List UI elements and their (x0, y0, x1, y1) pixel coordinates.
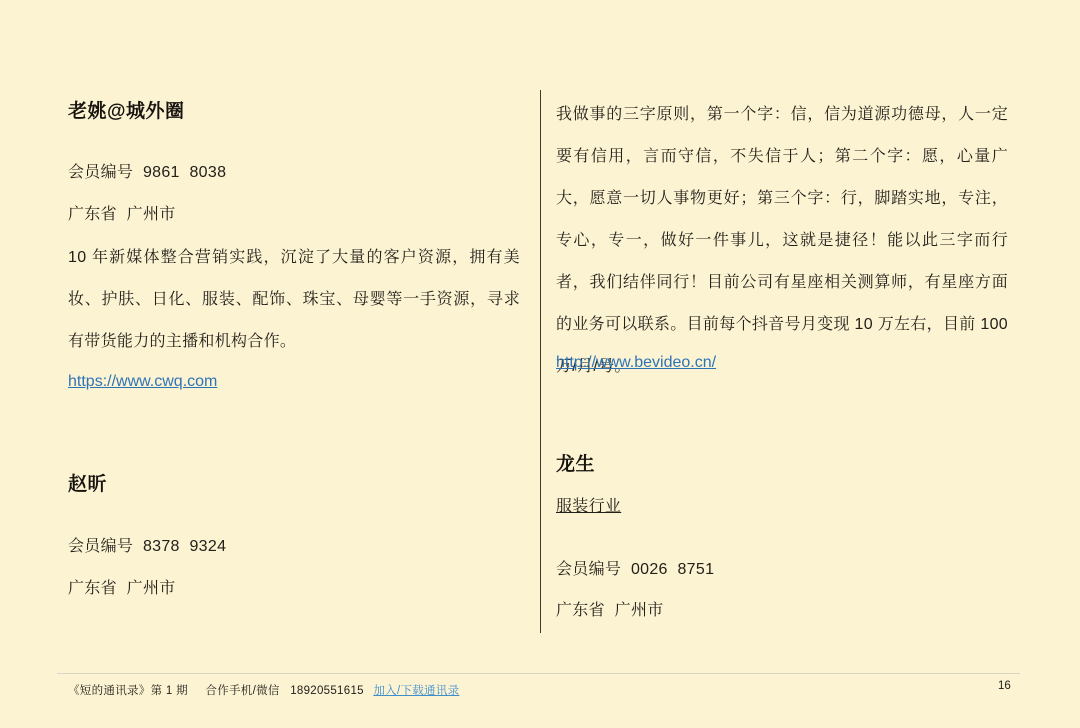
location-laoyao: 广东省 广州市 (68, 194, 176, 236)
footer: 《短的通讯录》第 1 期 合作手机/微信 18920551615 加入/下载通讯… (68, 682, 459, 698)
footer-divider (57, 673, 1020, 674)
entry-name-longsheng: 龙生 (556, 452, 595, 478)
column-divider (540, 90, 541, 633)
footer-contact-number: 18920551615 (290, 685, 364, 697)
entry-name-laoyao: 老姚@城外圈 (68, 99, 185, 125)
directory-page: 老姚@城外圈 会员编号 9861 8038 广东省 广州市 10 年新媒体整合营… (0, 0, 1080, 728)
member-number-laoyao: 会员编号 9861 8038 (68, 152, 226, 194)
website-link-cwq[interactable]: https://www.cwq.com (68, 361, 217, 403)
industry-link-clothing[interactable]: 服装行业 (556, 486, 621, 528)
member-number-zhaoxin: 会员编号 8378 9324 (68, 526, 226, 568)
footer-contact-label: 合作手机/微信 (205, 685, 279, 697)
member-number-longsheng: 会员编号 0026 8751 (556, 549, 714, 591)
description-laoyao: 10 年新媒体整合营销实践，沉淀了大量的客户资源，拥有美妆、护肤、日化、服装、配… (68, 237, 520, 363)
footer-download-link[interactable]: 加入/下载通讯录 (373, 685, 459, 697)
page-number: 16 (998, 680, 1011, 692)
website-link-bevideo[interactable]: http://www.bevideo.cn/ (556, 342, 716, 384)
location-longsheng: 广东省 广州市 (556, 590, 664, 632)
entry-name-zhaoxin: 赵昕 (68, 472, 107, 498)
location-zhaoxin: 广东省 广州市 (68, 568, 176, 610)
footer-publication: 《短的通讯录》第 1 期 (68, 685, 188, 697)
